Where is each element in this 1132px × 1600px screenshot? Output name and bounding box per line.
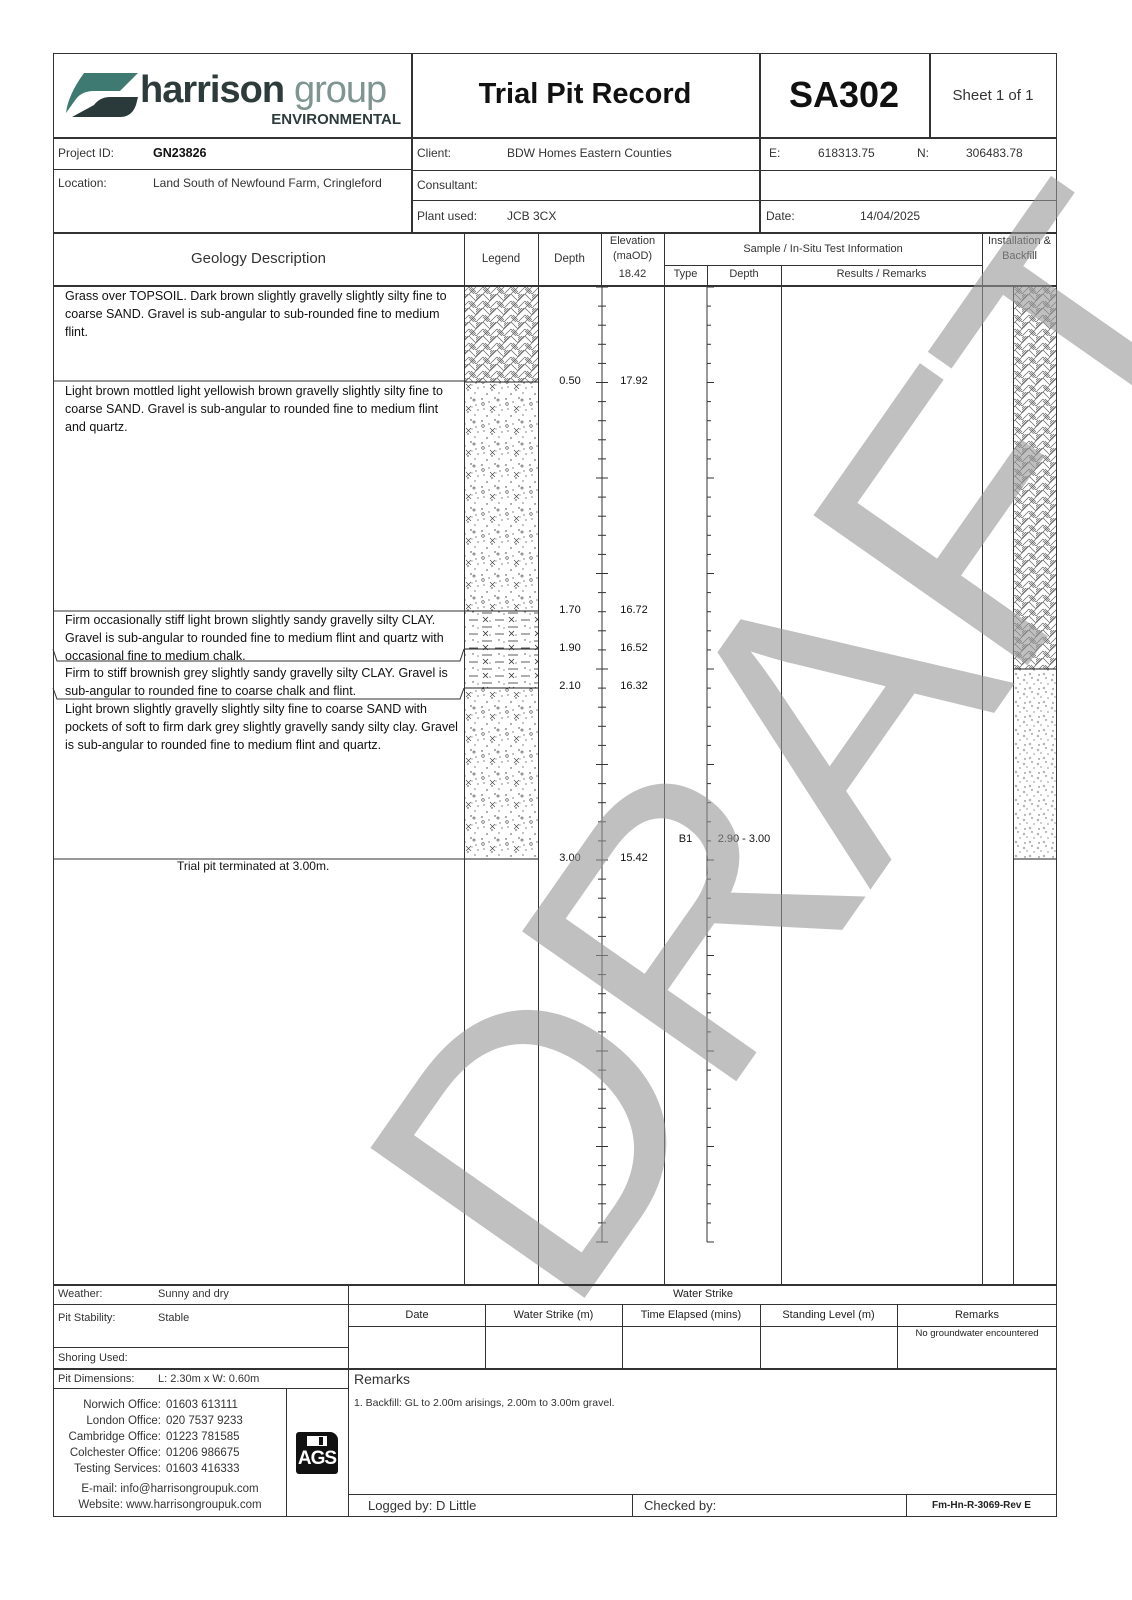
contact-phone: 01603 613111 — [166, 1397, 238, 1413]
ags-badge-text: AGS — [296, 1448, 338, 1470]
stratum-depth: 1.70 — [540, 604, 600, 616]
ws-header-elapsed: Time Elapsed (mins) — [622, 1309, 760, 1321]
contact-label: Colchester Office: — [56, 1445, 166, 1461]
ws-header-standing: Standing Level (m) — [760, 1309, 897, 1321]
stratum-depth: 0.50 — [540, 375, 600, 387]
stratum-elevation: 15.42 — [604, 852, 664, 864]
ws-remarks-value: No groundwater encountered — [897, 1328, 1057, 1339]
shoring-label: Shoring Used: — [58, 1352, 128, 1364]
stratum-elevation: 16.52 — [604, 642, 664, 654]
stratum-description: Firm occasionally stiff light brown slig… — [65, 611, 460, 665]
stratum-description: Grass over TOPSOIL. Dark brown slightly … — [65, 287, 460, 341]
stratum-description: Light brown mottled light yellowish brow… — [65, 382, 460, 436]
remarks-title: Remarks — [354, 1371, 410, 1387]
ws-header-remarks: Remarks — [897, 1309, 1057, 1321]
contact-phone: 01223 781585 — [166, 1429, 240, 1445]
contact-phone: 01603 416333 — [166, 1461, 240, 1477]
sample-type: B1 — [664, 833, 707, 845]
stratum-description: Firm to stiff brownish grey slightly san… — [65, 664, 460, 700]
weather-value: Sunny and dry — [158, 1288, 229, 1300]
stratum-description: Light brown slightly gravelly slightly s… — [65, 700, 460, 754]
logged-by: Logged by: D Little — [368, 1498, 476, 1513]
stratum-elevation: 17.92 — [604, 375, 664, 387]
checked-by: Checked by: — [644, 1498, 716, 1513]
ws-header-date: Date — [349, 1309, 485, 1321]
office-contacts: Norwich Office:01603 613111 London Offic… — [56, 1397, 284, 1513]
weather-label: Weather: — [58, 1288, 102, 1300]
dimensions-value: L: 2.30m x W: 0.60m — [158, 1373, 259, 1385]
contact-email[interactable]: E-mail: info@harrisongroupuk.com — [56, 1481, 284, 1497]
contact-label: Testing Services: — [56, 1461, 166, 1477]
contact-label: Norwich Office: — [56, 1397, 166, 1413]
remarks-text: 1. Backfill: GL to 2.00m arisings, 2.00m… — [354, 1397, 614, 1409]
contact-phone: 01206 986675 — [166, 1445, 240, 1461]
dimensions-label: Pit Dimensions: — [58, 1373, 134, 1385]
stratum-depth: 3.00 — [540, 852, 600, 864]
log-graphics — [0, 0, 1132, 1600]
ws-header-strike: Water Strike (m) — [485, 1309, 622, 1321]
contact-website[interactable]: Website: www.harrisongroupuk.com — [56, 1497, 284, 1513]
ags-badge-icon: AGS — [296, 1432, 338, 1474]
termination-note: Trial pit terminated at 3.00m. — [177, 859, 329, 873]
stability-value: Stable — [158, 1312, 189, 1324]
contact-phone: 020 7537 9233 — [166, 1413, 243, 1429]
stratum-depth: 1.90 — [540, 642, 600, 654]
stability-label: Pit Stability: — [58, 1312, 115, 1324]
form-reference: Fm-Hn-R-3069-Rev E — [906, 1500, 1057, 1511]
water-strike-title: Water Strike — [349, 1288, 1057, 1300]
stratum-depth: 2.10 — [540, 680, 600, 692]
contact-label: Cambridge Office: — [56, 1429, 166, 1445]
stratum-elevation: 16.72 — [604, 604, 664, 616]
sample-depth: 2.90 - 3.00 — [709, 833, 779, 845]
stratum-elevation: 16.32 — [604, 680, 664, 692]
contact-label: London Office: — [56, 1413, 166, 1429]
